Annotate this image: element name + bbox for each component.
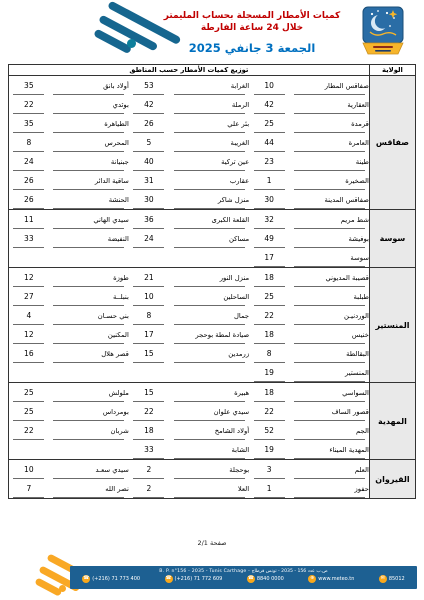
rain-value-cell: 25 <box>9 402 49 421</box>
station-name-cell: المنستير <box>289 363 369 383</box>
station-name-cell: منزل شاكر <box>169 190 249 210</box>
rain-value-cell: 53 <box>129 76 169 96</box>
rain-value-cell: 33 <box>129 440 169 460</box>
station-name-cell: جمال <box>169 306 249 325</box>
page-number: صفحة 2/1 <box>0 539 424 547</box>
rain-value-cell: 17 <box>129 325 169 344</box>
rain-value-cell: 10 <box>129 287 169 306</box>
station-name-cell: المكنين <box>49 325 129 344</box>
station-name-cell: الطياهرة <box>49 114 129 133</box>
footer-contact-item: ☎(+216) 71 772 609 <box>165 575 223 583</box>
governorate-cell: سوسة <box>369 210 415 268</box>
governorate-cell: المنستير <box>369 268 415 383</box>
station-name-cell: الصخيرة <box>289 171 369 190</box>
rain-value-cell: 22 <box>129 402 169 421</box>
station-name-cell: منزل النور <box>169 268 249 288</box>
rain-value-cell: 26 <box>129 114 169 133</box>
footer-contacts: ☎(+216) 71 773 400☎(+216) 71 772 609☎884… <box>70 575 417 583</box>
rain-table-body: صفاقسصفاقس المطار10الغرابة53أولاد بانق35… <box>9 76 416 499</box>
rain-value-cell: 30 <box>129 190 169 210</box>
station-name-cell: عين تركية <box>169 152 249 171</box>
station-name-cell: هبيرة <box>169 383 249 403</box>
rain-value-cell: 22 <box>249 402 289 421</box>
rain-value-cell: 26 <box>9 190 49 210</box>
station-name-cell: شربان <box>49 421 129 440</box>
station-name-cell: بوحجلة <box>169 460 249 480</box>
station-name-cell: السواسي <box>289 383 369 403</box>
station-name-cell: طوزة <box>49 268 129 288</box>
rain-value-cell: 5 <box>129 133 169 152</box>
table-row: خنيس18صيادة لمطة بوحجر17المكنين12 <box>9 325 416 344</box>
station-name-cell: جبنيانة <box>49 152 129 171</box>
station-name-cell: العلم <box>289 460 369 480</box>
rain-value-cell: 21 <box>129 268 169 288</box>
station-name-cell: الغرابة <box>169 76 249 96</box>
station-name-cell: قصيبة المديوني <box>289 268 369 288</box>
globe-icon: ⊕ <box>308 575 316 583</box>
rain-value-cell: 1 <box>249 479 289 499</box>
station-name-cell: بئر علي <box>169 114 249 133</box>
rain-value-cell: 31 <box>129 171 169 190</box>
rain-value-cell: 22 <box>9 95 49 114</box>
rain-table: الولاية توزيع كميات الأمطار حسب المناطق … <box>8 64 416 499</box>
station-name-cell: مساكن <box>169 229 249 248</box>
station-name-cell: نصر الله <box>49 479 129 499</box>
callcenter-icon: ☎ <box>247 575 255 583</box>
station-name-cell: قصور الساف <box>289 402 369 421</box>
station-name-cell: سيدي علوان <box>169 402 249 421</box>
station-name-cell: الرملة <box>169 95 249 114</box>
rain-value-cell: 24 <box>9 152 49 171</box>
rain-value-cell: 19 <box>249 440 289 460</box>
table-row: الوردنيـن22جمال8بني حسـان4 <box>9 306 416 325</box>
table-row: العامرة44الغريبة5المحرس8 <box>9 133 416 152</box>
table-row: صفاقسصفاقس المطار10الغرابة53أولاد بانق35 <box>9 76 416 96</box>
station-name-cell: البقالطة <box>289 344 369 363</box>
rain-value-cell: 42 <box>249 95 289 114</box>
station-name-cell: خنيس <box>289 325 369 344</box>
rain-value-cell: 49 <box>249 229 289 248</box>
table-row: الصخيرة1عقارب31ساقية الدائر26 <box>9 171 416 190</box>
rain-value-cell: 8 <box>129 306 169 325</box>
station-name-cell: بومرداس <box>49 402 129 421</box>
footer-contact-item: ☎(+216) 71 773 400 <box>82 575 140 583</box>
table-row: القيروانالعلم3بوحجلة2سيدي سعـد10 <box>9 460 416 480</box>
rain-value-cell: 8 <box>249 344 289 363</box>
rain-value-cell: 24 <box>129 229 169 248</box>
station-name-cell: الساحلين <box>169 287 249 306</box>
station-name-cell: بني حسـان <box>49 306 129 325</box>
footer-contact-item: ⊕www.meteo.tn <box>308 575 354 583</box>
footer-contact-label: 8840 0000 <box>257 576 284 582</box>
rain-value-cell: 11 <box>9 210 49 230</box>
table-row: المهديةالسواسي18هبيرة15ملولش25 <box>9 383 416 403</box>
table-row: الجم52أولاد الشامخ18شربان22 <box>9 421 416 440</box>
table-row: سوسةشط مريم32القلعة الكبرى36سيدي الهاني1… <box>9 210 416 230</box>
footer-contact-label: (+216) 71 773 400 <box>92 576 140 582</box>
station-name-cell: طبلبة <box>289 287 369 306</box>
rain-value-cell: 19 <box>249 363 289 383</box>
station-name-cell: شط مريم <box>289 210 369 230</box>
rain-value-cell: 52 <box>249 421 289 440</box>
footer-contact-item: ✉85012 <box>379 575 405 583</box>
rain-value-cell: 12 <box>9 268 49 288</box>
station-name-cell <box>49 248 129 268</box>
station-name-cell: الوردنيـن <box>289 306 369 325</box>
station-name-cell <box>49 363 129 383</box>
phone-icon: ☎ <box>165 575 173 583</box>
rain-value-cell: 18 <box>129 421 169 440</box>
station-name-cell: الجم <box>289 421 369 440</box>
station-name-cell: الحنشة <box>49 190 129 210</box>
rain-value-cell: 2 <box>129 460 169 480</box>
table-row: المنستير19 <box>9 363 416 383</box>
station-name-cell: قرمدة <box>289 114 369 133</box>
station-name-cell: قصر هلال <box>49 344 129 363</box>
report-title-line2: خلال 24 ساعة الفارطة <box>110 22 394 34</box>
rain-value-cell: 18 <box>249 268 289 288</box>
governorate-column-header: الولاية <box>369 65 415 76</box>
rain-value-cell: 18 <box>249 325 289 344</box>
station-name-cell: بنبلــة <box>49 287 129 306</box>
rain-value-cell <box>129 248 169 268</box>
rain-value-cell: 4 <box>9 306 49 325</box>
station-name-cell: النفيضة <box>49 229 129 248</box>
rain-value-cell: 35 <box>9 76 49 96</box>
rain-value-cell: 42 <box>129 95 169 114</box>
station-name-cell: صيادة لمطة بوحجر <box>169 325 249 344</box>
table-row: حفوز1العلا2نصر الله7 <box>9 479 416 499</box>
table-row: البقالطة8زرمدين15قصر هلال16 <box>9 344 416 363</box>
rain-value-cell: 12 <box>9 325 49 344</box>
station-name-cell: عقارب <box>169 171 249 190</box>
station-name-cell: العلا <box>169 479 249 499</box>
table-row: طينة23عين تركية40جبنيانة24 <box>9 152 416 171</box>
station-name-cell: الشابة <box>169 440 249 460</box>
rain-value-cell: 25 <box>249 287 289 306</box>
rain-value-cell: 22 <box>9 421 49 440</box>
rain-value-cell: 36 <box>129 210 169 230</box>
station-name-cell: بوثدي <box>49 95 129 114</box>
sms-icon: ✉ <box>379 575 387 583</box>
station-name-cell <box>169 248 249 268</box>
station-name-cell: سيدي الهاني <box>49 210 129 230</box>
rain-value-cell: 32 <box>249 210 289 230</box>
rain-value-cell: 18 <box>249 383 289 403</box>
report-date: الجمعة 3 جانفي 2025 <box>110 41 394 55</box>
station-name-cell: صفاقس المطار <box>289 76 369 96</box>
rain-value-cell <box>9 363 49 383</box>
report-header: كميات الأمطار المسجلة بحساب المليمتر خلا… <box>110 10 394 55</box>
rain-value-cell: 17 <box>249 248 289 268</box>
table-row: العقارية42الرملة42بوثدي22 <box>9 95 416 114</box>
rain-value-cell: 23 <box>249 152 289 171</box>
rain-value-cell: 7 <box>9 479 49 499</box>
station-name-cell <box>49 440 129 460</box>
rain-value-cell: 26 <box>9 171 49 190</box>
rain-value-cell: 3 <box>249 460 289 480</box>
station-name-cell: حفوز <box>289 479 369 499</box>
station-name-cell: صفاقس المدينة <box>289 190 369 210</box>
distribution-column-header: توزيع كميات الأمطار حسب المناطق <box>9 65 370 76</box>
station-name-cell: طينة <box>289 152 369 171</box>
station-name-cell: سيدي سعـد <box>49 460 129 480</box>
rain-value-cell: 1 <box>249 171 289 190</box>
rain-value-cell: 2 <box>129 479 169 499</box>
table-row: قرمدة25بئر علي26الطياهرة35 <box>9 114 416 133</box>
table-row: سوسة17 <box>9 248 416 268</box>
station-name-cell: العقارية <box>289 95 369 114</box>
footer-contact-label: www.meteo.tn <box>318 576 354 582</box>
station-name-cell: بوفيشة <box>289 229 369 248</box>
table-row: قصور الساف22سيدي علوان22بومرداس25 <box>9 402 416 421</box>
governorate-cell: القيروان <box>369 460 415 499</box>
table-row: بوفيشة49مساكن24النفيضة33 <box>9 229 416 248</box>
station-name-cell: العامرة <box>289 133 369 152</box>
station-name-cell: أولاد بانق <box>49 76 129 96</box>
rain-value-cell: 27 <box>9 287 49 306</box>
report-title-line1: كميات الأمطار المسجلة بحساب المليمتر <box>110 10 394 22</box>
station-name-cell: القلعة الكبرى <box>169 210 249 230</box>
footer-contact-label: 85012 <box>389 576 405 582</box>
station-name-cell: المحرس <box>49 133 129 152</box>
rain-value-cell <box>9 440 49 460</box>
station-name-cell <box>169 363 249 383</box>
station-name-cell: ملولش <box>49 383 129 403</box>
rain-value-cell <box>9 248 49 268</box>
governorate-cell: المهدية <box>369 383 415 460</box>
station-name-cell: الغريبة <box>169 133 249 152</box>
slash-dot <box>59 585 66 592</box>
table-row: صفاقس المدينة30منزل شاكر30الحنشة26 <box>9 190 416 210</box>
table-row: طبلبة25الساحلين10بنبلــة27 <box>9 287 416 306</box>
rain-value-cell: 22 <box>249 306 289 325</box>
rain-value-cell: 25 <box>249 114 289 133</box>
rain-value-cell <box>129 363 169 383</box>
rain-value-cell: 40 <box>129 152 169 171</box>
rain-value-cell: 16 <box>9 344 49 363</box>
rain-value-cell: 25 <box>9 383 49 403</box>
station-name-cell: سوسة <box>289 248 369 268</box>
rain-value-cell: 15 <box>129 344 169 363</box>
footer-contact-label: (+216) 71 772 609 <box>175 576 223 582</box>
rain-value-cell: 33 <box>9 229 49 248</box>
station-name-cell: المهدية الميناء <box>289 440 369 460</box>
station-name-cell: ساقية الدائر <box>49 171 129 190</box>
footer-bar: B. P. n°156 - 2035 - Tunis Carthage - ص.… <box>70 566 417 589</box>
table-row: المنستيرقصيبة المديوني18منزل النور21طوزة… <box>9 268 416 288</box>
footer-contact-item: ☎8840 0000 <box>247 575 284 583</box>
fax-icon: ☎ <box>82 575 90 583</box>
table-header-row: الولاية توزيع كميات الأمطار حسب المناطق <box>9 65 416 76</box>
rain-value-cell: 10 <box>9 460 49 480</box>
footer-address: B. P. n°156 - 2035 - Tunis Carthage - ص.… <box>70 566 417 574</box>
station-name-cell: زرمدين <box>169 344 249 363</box>
rain-value-cell: 30 <box>249 190 289 210</box>
rain-value-cell: 10 <box>249 76 289 96</box>
governorate-cell: صفاقس <box>369 76 415 210</box>
rain-value-cell: 8 <box>9 133 49 152</box>
rain-value-cell: 15 <box>129 383 169 403</box>
table-row: المهدية الميناء19الشابة33 <box>9 440 416 460</box>
rain-value-cell: 35 <box>9 114 49 133</box>
rain-value-cell: 44 <box>249 133 289 152</box>
station-name-cell: أولاد الشامخ <box>169 421 249 440</box>
